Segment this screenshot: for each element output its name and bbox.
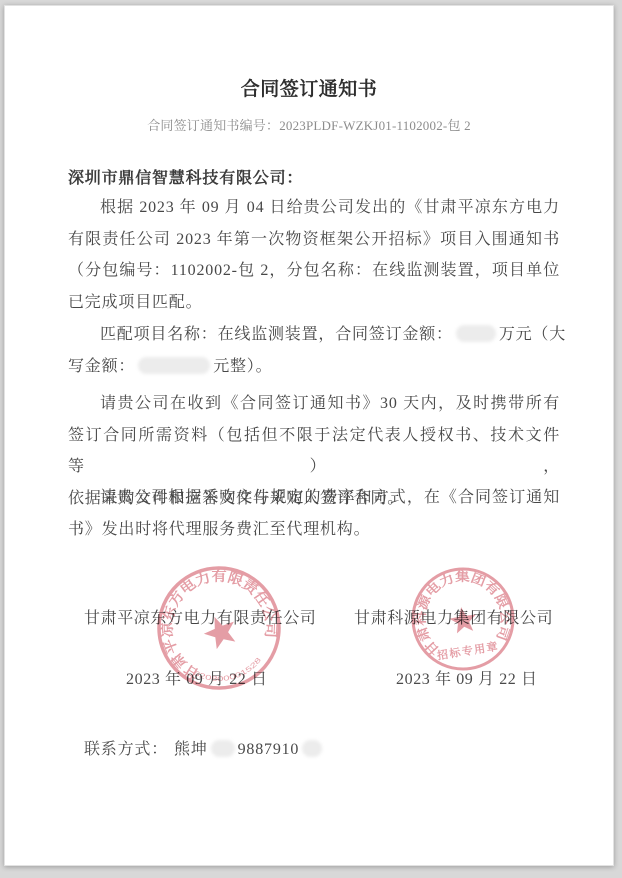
- contact-line: 联系方式：熊坤9887910: [84, 736, 325, 759]
- text-line: （分包编号：1102002-包 2，分包名称：在线监测装置，项目单位: [68, 255, 560, 287]
- document-title: 合同签订通知书: [5, 74, 613, 101]
- text-line: 匹配项目名称：在线监测装置，合同签订金额：万元（大: [68, 319, 560, 351]
- text-line: 请贵公司在收到《合同签订通知书》30 天内，及时携带所有: [68, 388, 560, 420]
- redacted-amount: [456, 325, 496, 342]
- text-line: 有限责任公司 2023 年第一次物资框架公开招标》项目入围通知书: [68, 224, 560, 256]
- text-line: 请贵公司根据采购文件规定的费率和方式，在《合同签订通知: [68, 482, 560, 514]
- recipient-line: 深圳市鼎信智慧科技有限公司：: [68, 163, 560, 195]
- star-icon: [448, 605, 478, 634]
- redacted-amount-words: [138, 357, 210, 374]
- redacted-phone-suffix: [302, 740, 322, 757]
- amount-unit: 万元（大: [499, 326, 566, 343]
- document-number: 合同签订通知书编号：2023PLDF-WZKJ01-1102002-包 2: [5, 115, 613, 134]
- text-line: 书》发出时将代理服务费汇至代理机构。: [68, 514, 560, 546]
- text-line: 根据 2023 年 09 月 04 日给贵公司发出的《甘肃平凉东方电力: [68, 192, 560, 224]
- document-page: 合同签订通知书 合同签订通知书编号：2023PLDF-WZKJ01-110200…: [4, 5, 614, 866]
- text-line: 写金额：元整）。: [68, 351, 560, 383]
- paragraph-4: 请贵公司根据采购文件规定的费率和方式，在《合同签订通知 书》发出时将代理服务费汇…: [68, 482, 560, 545]
- amount-words-suffix: 元整）。: [213, 358, 272, 375]
- text-line: 签订合同所需资料（包括但不限于法定代表人授权书、技术文件等），: [68, 420, 560, 483]
- amount-label: 匹配项目名称：在线监测装置，合同签订金额：: [100, 326, 453, 343]
- contact-name: 熊坤: [174, 741, 208, 758]
- text-line: 已完成项目匹配。: [68, 287, 560, 319]
- amount-words-label: 写金额：: [68, 358, 135, 375]
- seal-bottom-text-right: 招标专用章: [435, 639, 500, 663]
- star-icon: [199, 611, 241, 652]
- seal-graphic: 甘肃科源电力集团有限公司 招标专用章: [394, 550, 531, 687]
- seal-graphic: 甘肃平凉东方电力有限责任公司 620800001528: [121, 530, 316, 725]
- paragraph-2: 匹配项目名称：在线监测装置，合同签订金额：万元（大 写金额：元整）。: [68, 319, 560, 382]
- company-seal-left: 甘肃平凉东方电力有限责任公司 620800001528: [121, 530, 316, 725]
- contact-phone: 9887910: [238, 741, 300, 758]
- redacted-phone-prefix: [211, 740, 235, 757]
- contact-label: 联系方式：: [84, 741, 168, 758]
- paragraph-1: 根据 2023 年 09 月 04 日给贵公司发出的《甘肃平凉东方电力 有限责任…: [68, 192, 560, 318]
- company-seal-right: 甘肃科源电力集团有限公司 招标专用章: [394, 550, 531, 687]
